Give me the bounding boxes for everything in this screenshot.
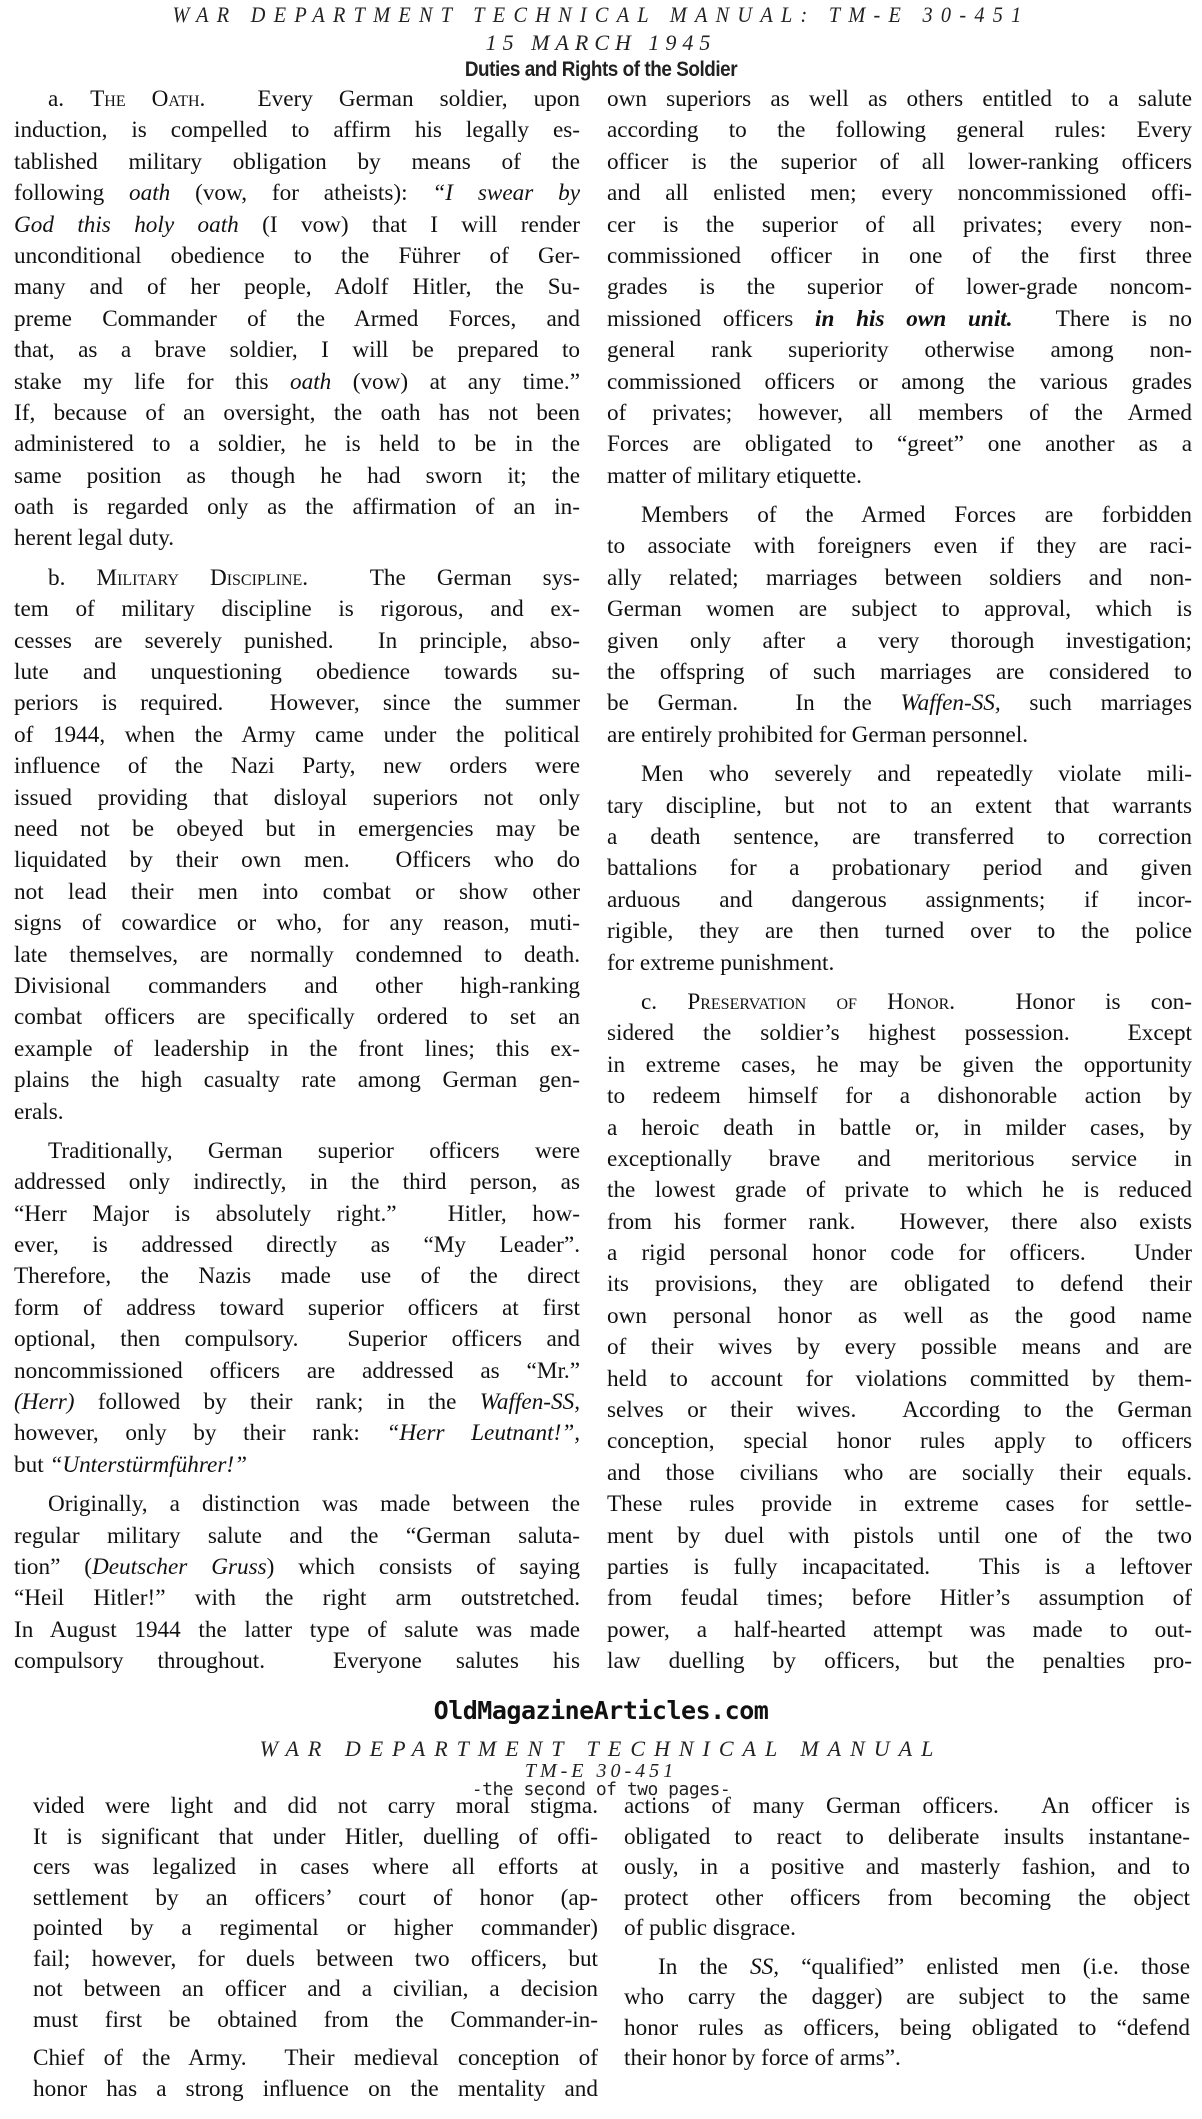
text-line: influence of the Nazi Party, new orders … [14, 751, 580, 782]
text-line: liquidated by their own men. Officers wh… [14, 845, 580, 876]
text-line: given only after a very thorough investi… [607, 626, 1192, 657]
text-line: c. Preservation of Honor. Honor is con- [607, 987, 1192, 1018]
text-line: in extreme cases, he may be given the op… [607, 1050, 1192, 1081]
text-line: of privates; however, all members of the… [607, 398, 1192, 429]
text-line: periors is required. However, since the … [14, 688, 580, 719]
paragraph: Men who severely and repeatedly violate … [607, 759, 1192, 979]
text-line: sidered the soldier’s highest possession… [607, 1018, 1192, 1049]
text-line: addressed only indirectly, in the third … [14, 1167, 580, 1198]
text-line: obligated to react to deliberate insults… [624, 1822, 1190, 1853]
text-line: oath is regarded only as the affirmation… [14, 492, 580, 523]
text-line: arduous and dangerous assignments; if in… [607, 885, 1192, 916]
text-line: compulsory throughout. Everyone salutes … [14, 1646, 580, 1677]
text-line: be German. In the Waffen-SS, such marria… [607, 688, 1192, 719]
manual-date: 15 MARCH 1945 [0, 30, 1202, 56]
text-line: Forces are obligated to “greet” one anot… [607, 429, 1192, 460]
paragraph: b. Military Discipline. The German sys-t… [14, 563, 580, 1128]
text-line: need not be obeyed but in emergencies ma… [14, 814, 580, 845]
text-line: cers was legalized in cases where all ef… [33, 1852, 598, 1883]
text-line: are entirely prohibited for German perso… [607, 720, 1192, 751]
text-line: grades is the superior of lower-grade no… [607, 272, 1192, 303]
text-line: administered to a soldier, he is held to… [14, 429, 580, 460]
text-line: In August 1944 the latter type of salute… [14, 1615, 580, 1646]
text-line: combat officers are specifically ordered… [14, 1002, 580, 1033]
text-line: lute and unquestioning obedience towards… [14, 657, 580, 688]
paragraph-gap [607, 751, 1192, 759]
text-line: commissioned officers or among the vario… [607, 367, 1192, 398]
text-line: plains the high casualty rate among Germ… [14, 1065, 580, 1096]
paragraph-gap [14, 1481, 580, 1489]
text-line: Chief of the Army. Their medieval concep… [33, 2043, 598, 2074]
text-line: the offspring of such marriages are cons… [607, 657, 1192, 688]
paragraph-gap [33, 2035, 598, 2043]
text-line: German women are subject to approval, wh… [607, 594, 1192, 625]
text-line: ever, is addressed directly as “My Leade… [14, 1230, 580, 1261]
paragraph: actions of many German officers. An offi… [624, 1791, 1190, 1944]
text-line: their honor by force of arms”. [624, 2043, 1190, 2074]
text-line: pointed by a regimental or higher comman… [33, 1913, 598, 1944]
text-line: vided were light and did not carry moral… [33, 1791, 598, 1822]
page2-left-column: vided were light and did not carry moral… [33, 1791, 598, 2104]
text-line: “Herr Major is absolutely right.” Hitler… [14, 1199, 580, 1230]
text-line: form of address toward superior officers… [14, 1293, 580, 1324]
paragraph-gap [14, 1128, 580, 1136]
text-line: If, because of an oversight, the oath ha… [14, 398, 580, 429]
text-line: (Herr) followed by their rank; in the Wa… [14, 1387, 580, 1418]
text-line: held to account for violations committed… [607, 1364, 1192, 1395]
text-line: to associate with foreigners even if the… [607, 531, 1192, 562]
text-line: regular military salute and the “German … [14, 1521, 580, 1552]
text-line: induction, is compelled to affirm his le… [14, 115, 580, 146]
text-line: many and of her people, Adolf Hitler, th… [14, 272, 580, 303]
text-line: not lead their men into combat or show o… [14, 877, 580, 908]
paragraph: vided were light and did not carry moral… [33, 1791, 598, 2035]
text-line: example of leadership in the front lines… [14, 1034, 580, 1065]
text-line: “Heil Hitler!” with the right arm outstr… [14, 1583, 580, 1614]
text-line: ously, in a positive and masterly fashio… [624, 1852, 1190, 1883]
text-line: of their wives by every possible means a… [607, 1332, 1192, 1363]
text-line: exceptionally brave and meritorious serv… [607, 1144, 1192, 1175]
paragraph: Chief of the Army. Their medieval concep… [33, 2043, 598, 2104]
text-line: b. Military Discipline. The German sys- [14, 563, 580, 594]
text-line: cesses are severely punished. In princip… [14, 626, 580, 657]
text-line: tem of military discipline is rigorous, … [14, 594, 580, 625]
text-line: a death sentence, are transferred to cor… [607, 822, 1192, 853]
text-line: missioned officers in his own unit. Ther… [607, 304, 1192, 335]
text-line: signs of cowardice or who, for any reaso… [14, 908, 580, 939]
text-line: tion” (Deutscher Gruss) which consists o… [14, 1552, 580, 1583]
text-line: cer is the superior of all privates; eve… [607, 210, 1192, 241]
text-line: following oath (vow, for atheists): “I s… [14, 178, 580, 209]
text-line: power, a half-hearted attempt was made t… [607, 1615, 1192, 1646]
paragraph-gap [607, 979, 1192, 987]
page1-right-column: own superiors as well as others entitled… [607, 84, 1192, 1678]
text-line: battalions for a probationary period and… [607, 853, 1192, 884]
text-line: settlement by an officers’ court of hono… [33, 1883, 598, 1914]
text-line: Therefore, the Nazis made use of the dir… [14, 1261, 580, 1292]
text-line: from his former rank. However, there als… [607, 1207, 1192, 1238]
text-line: to redeem himself for a dishonorable act… [607, 1081, 1192, 1112]
text-line: general rank superiority otherwise among… [607, 335, 1192, 366]
paragraph: Members of the Armed Forces are forbidde… [607, 500, 1192, 751]
paragraph: Originally, a distinction was made betwe… [14, 1489, 580, 1677]
article-title: Duties and Rights of the Soldier [60, 58, 1142, 82]
text-line: a. The Oath. Every German soldier, upon [14, 84, 580, 115]
manual-title: WAR DEPARTMENT TECHNICAL MANUAL: TM-E 30… [48, 2, 1154, 28]
paragraph: c. Preservation of Honor. Honor is con-s… [607, 987, 1192, 1678]
text-line: In the SS, “qualified” enlisted men (i.e… [624, 1952, 1190, 1983]
text-line: from feudal times; before Hitler’s assum… [607, 1583, 1192, 1614]
text-line: Members of the Armed Forces are forbidde… [607, 500, 1192, 531]
text-line: its provisions, they are obligated to de… [607, 1269, 1192, 1300]
text-line: issued providing that disloyal superiors… [14, 783, 580, 814]
paragraph: In the SS, “qualified” enlisted men (i.e… [624, 1952, 1190, 2074]
text-line: tary discipline, but not to an extent th… [607, 791, 1192, 822]
text-line: not between an officer and a civilian, a… [33, 1974, 598, 2005]
page2-manual-title: WAR DEPARTMENT TECHNICAL MANUAL [0, 1736, 1202, 1762]
paragraph: own superiors as well as others entitled… [607, 84, 1192, 492]
text-line: These rules provide in extreme cases for… [607, 1489, 1192, 1520]
text-line: parties is fully incapacitated. This is … [607, 1552, 1192, 1583]
text-line: optional, then compulsory. Superior offi… [14, 1324, 580, 1355]
paragraph-gap [607, 492, 1192, 500]
paragraph: Traditionally, German superior officers … [14, 1136, 580, 1481]
text-line: God this holy oath (I vow) that I will r… [14, 210, 580, 241]
text-line: and all enlisted men; every noncommissio… [607, 178, 1192, 209]
text-line: unconditional obedience to the Führer of… [14, 241, 580, 272]
text-line: stake my life for this oath (vow) at any… [14, 367, 580, 398]
text-line: Traditionally, German superior officers … [14, 1136, 580, 1167]
text-line: It is significant that under Hitler, due… [33, 1822, 598, 1853]
paragraph: a. The Oath. Every German soldier, uponi… [14, 84, 580, 555]
text-line: who carry the dagger) are subject to the… [624, 1982, 1190, 2013]
text-line: and those civilians who are socially the… [607, 1458, 1192, 1489]
text-line: preme Commander of the Armed Forces, and [14, 304, 580, 335]
text-line: tablished military obligation by means o… [14, 147, 580, 178]
text-line: ment by duel with pistols until one of t… [607, 1521, 1192, 1552]
text-line: late themselves, are normally condemned … [14, 940, 580, 971]
text-line: Divisional commanders and other high-ran… [14, 971, 580, 1002]
text-line: actions of many German officers. An offi… [624, 1791, 1190, 1822]
text-line: must first be obtained from the Commande… [33, 2005, 598, 2036]
text-line: matter of military etiquette. [607, 461, 1192, 492]
text-line: honor rules as officers, being obligated… [624, 2013, 1190, 2044]
text-line: noncommissioned officers are addressed a… [14, 1356, 580, 1387]
page2-right-column: actions of many German officers. An offi… [624, 1791, 1190, 2074]
text-line: Men who severely and repeatedly violate … [607, 759, 1192, 790]
text-line: officer is the superior of all lower-ran… [607, 147, 1192, 178]
text-line: protect other officers from becoming the… [624, 1883, 1190, 1914]
site-watermark: OldMagazineArticles.com [0, 1696, 1202, 1725]
paragraph-gap [624, 1944, 1190, 1952]
text-line: fail; however, for duels between two off… [33, 1944, 598, 1975]
text-line: for extreme punishment. [607, 948, 1192, 979]
text-line: honor has a strong influence on the ment… [33, 2074, 598, 2105]
text-line: however, only by their rank: “Herr Leutn… [14, 1418, 580, 1449]
text-line: selves or their wives. According to the … [607, 1395, 1192, 1426]
text-line: that, as a brave soldier, I will be prep… [14, 335, 580, 366]
text-line: conception, special honor rules apply to… [607, 1426, 1192, 1457]
text-line: rigible, they are then turned over to th… [607, 916, 1192, 947]
text-line: a heroic death in battle or, in milder c… [607, 1113, 1192, 1144]
page1-left-column: a. The Oath. Every German soldier, uponi… [14, 84, 580, 1678]
text-line: erals. [14, 1097, 580, 1128]
text-line: commissioned officer in one of the first… [607, 241, 1192, 272]
text-line: a rigid personal honor code for officers… [607, 1238, 1192, 1269]
text-line: same position as though he had sworn it;… [14, 461, 580, 492]
text-line: own personal honor as well as the good n… [607, 1301, 1192, 1332]
text-line: of 1944, when the Army came under the po… [14, 720, 580, 751]
text-line: of public disgrace. [624, 1913, 1190, 1944]
text-line: ally related; marriages between soldiers… [607, 563, 1192, 594]
text-line: Originally, a distinction was made betwe… [14, 1489, 580, 1520]
paragraph-gap [14, 555, 580, 563]
text-line: according to the following general rules… [607, 115, 1192, 146]
text-line: the lowest grade of private to which he … [607, 1175, 1192, 1206]
text-line: own superiors as well as others entitled… [607, 84, 1192, 115]
text-line: herent legal duty. [14, 523, 580, 554]
text-line: but “Unterstürmführer!” [14, 1450, 580, 1481]
text-line: law duelling by officers, but the penalt… [607, 1646, 1192, 1677]
